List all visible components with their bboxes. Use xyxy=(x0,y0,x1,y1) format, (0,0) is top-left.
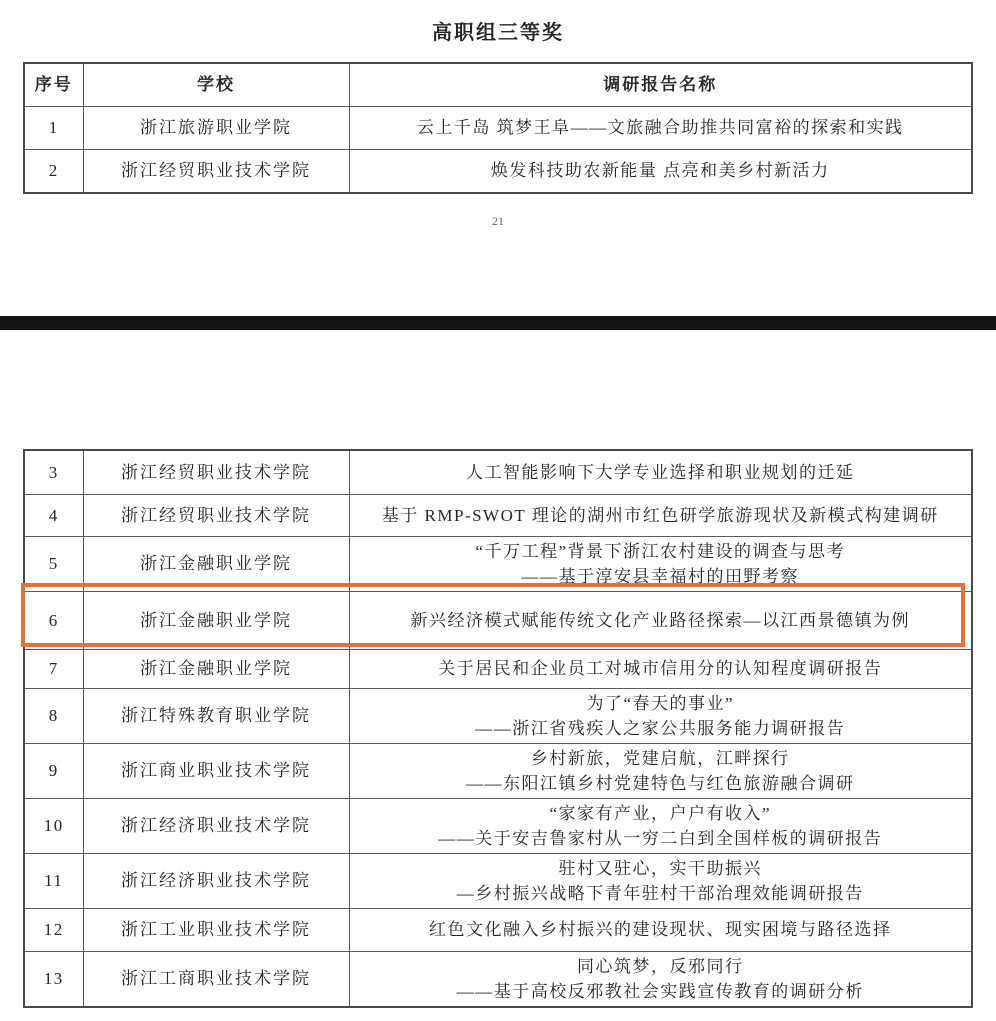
section-title: 高职组三等奖 xyxy=(0,16,996,45)
report-line: 人工智能影响下大学专业选择和职业规划的迁延 xyxy=(354,460,968,485)
col-header-report: 调研报告名称 xyxy=(349,63,972,106)
table-row: 10浙江经济职业技术学院“家家有产业，户户有收入”——关于安吉鲁家村从一穷二白到… xyxy=(24,798,972,853)
row-index-cell: 8 xyxy=(24,688,83,743)
table-row: 13浙江工商职业技术学院同心筑梦，反邪同行——基于高校反邪教社会实践宣传教育的调… xyxy=(24,951,972,1007)
report-line: 为了“春天的事业” xyxy=(354,691,968,716)
school-cell: 浙江金融职业学院 xyxy=(83,649,349,688)
report-cell: “千万工程”背景下浙江农村建设的调查与思考——基于淳安县幸福村的田野考察 xyxy=(349,536,972,591)
school-cell: 浙江经济职业技术学院 xyxy=(83,798,349,853)
report-line: 新兴经济模式赋能传统文化产业路径探索—以江西景德镇为例 xyxy=(354,608,968,633)
report-line: 基于 RMP-SWOT 理论的湖州市红色研学旅游现状及新模式构建调研 xyxy=(354,503,968,528)
table-row: 4浙江经贸职业技术学院基于 RMP-SWOT 理论的湖州市红色研学旅游现状及新模… xyxy=(24,494,972,536)
row-index-cell: 11 xyxy=(24,853,83,908)
row-index-cell: 4 xyxy=(24,494,83,536)
school-cell: 浙江经贸职业技术学院 xyxy=(83,450,349,494)
report-line: “家家有产业，户户有收入” xyxy=(354,801,968,826)
pdf-viewer: 高职组三等奖 序号 学校 调研报告名称 1浙江旅游职业学院云上千岛 筑梦王阜——… xyxy=(0,0,996,1021)
report-cell: 基于 RMP-SWOT 理论的湖州市红色研学旅游现状及新模式构建调研 xyxy=(349,494,972,536)
row-index-cell: 1 xyxy=(24,106,83,149)
table-row: 2浙江经贸职业技术学院焕发科技助农新能量 点亮和美乡村新活力 xyxy=(24,149,972,193)
document-page-2: 3浙江经贸职业技术学院人工智能影响下大学专业选择和职业规划的迁延4浙江经贸职业技… xyxy=(0,330,996,1021)
page-number: 21 xyxy=(0,214,996,229)
report-line: 关于居民和企业员工对城市信用分的认知程度调研报告 xyxy=(354,656,968,681)
row-index-cell: 3 xyxy=(24,450,83,494)
row-index-cell: 2 xyxy=(24,149,83,193)
school-cell: 浙江工商职业技术学院 xyxy=(83,951,349,1007)
school-cell: 浙江旅游职业学院 xyxy=(83,106,349,149)
report-cell: 同心筑梦，反邪同行——基于高校反邪教社会实践宣传教育的调研分析 xyxy=(349,951,972,1007)
page-separator-bar xyxy=(0,316,996,330)
report-cell: 人工智能影响下大学专业选择和职业规划的迁延 xyxy=(349,450,972,494)
award-table-page2: 3浙江经贸职业技术学院人工智能影响下大学专业选择和职业规划的迁延4浙江经贸职业技… xyxy=(23,449,973,1008)
table-row: 9浙江商业职业技术学院乡村新旅，党建启航，江畔探行——东阳江镇乡村党建特色与红色… xyxy=(24,743,972,798)
table-row: 12浙江工业职业技术学院红色文化融入乡村振兴的建设现状、现实困境与路径选择 xyxy=(24,908,972,951)
table-row: 7浙江金融职业学院关于居民和企业员工对城市信用分的认知程度调研报告 xyxy=(24,649,972,688)
report-line: “千万工程”背景下浙江农村建设的调查与思考 xyxy=(354,539,968,564)
table-row: 1浙江旅游职业学院云上千岛 筑梦王阜——文旅融合助推共同富裕的探索和实践 xyxy=(24,106,972,149)
row-index-cell: 7 xyxy=(24,649,83,688)
school-cell: 浙江特殊教育职业学院 xyxy=(83,688,349,743)
school-cell: 浙江商业职业技术学院 xyxy=(83,743,349,798)
report-cell: 关于居民和企业员工对城市信用分的认知程度调研报告 xyxy=(349,649,972,688)
col-header-school: 学校 xyxy=(83,63,349,106)
report-cell: 云上千岛 筑梦王阜——文旅融合助推共同富裕的探索和实践 xyxy=(349,106,972,149)
school-cell: 浙江经济职业技术学院 xyxy=(83,853,349,908)
table-row: 5浙江金融职业学院“千万工程”背景下浙江农村建设的调查与思考——基于淳安县幸福村… xyxy=(24,536,972,591)
row-index-cell: 9 xyxy=(24,743,83,798)
row-index-cell: 12 xyxy=(24,908,83,951)
report-cell: 为了“春天的事业”——浙江省残疾人之家公共服务能力调研报告 xyxy=(349,688,972,743)
report-line: ——基于高校反邪教社会实践宣传教育的调研分析 xyxy=(354,979,968,1004)
report-line: 焕发科技助农新能量 点亮和美乡村新活力 xyxy=(354,158,968,183)
report-line: ——关于安吉鲁家村从一穷二白到全国样板的调研报告 xyxy=(354,826,968,851)
school-cell: 浙江经贸职业技术学院 xyxy=(83,494,349,536)
report-line: 同心筑梦，反邪同行 xyxy=(354,954,968,979)
table-row: 11浙江经济职业技术学院驻村又驻心，实干助振兴—乡村振兴战略下青年驻村干部治理效… xyxy=(24,853,972,908)
report-line: —乡村振兴战略下青年驻村干部治理效能调研报告 xyxy=(354,881,968,906)
report-cell: 焕发科技助农新能量 点亮和美乡村新活力 xyxy=(349,149,972,193)
table-row: 3浙江经贸职业技术学院人工智能影响下大学专业选择和职业规划的迁延 xyxy=(24,450,972,494)
report-cell: 红色文化融入乡村振兴的建设现状、现实困境与路径选择 xyxy=(349,908,972,951)
report-cell: “家家有产业，户户有收入”——关于安吉鲁家村从一穷二白到全国样板的调研报告 xyxy=(349,798,972,853)
report-line: 红色文化融入乡村振兴的建设现状、现实困境与路径选择 xyxy=(354,917,968,942)
col-header-index: 序号 xyxy=(24,63,83,106)
report-line: 驻村又驻心，实干助振兴 xyxy=(354,856,968,881)
report-cell: 乡村新旅，党建启航，江畔探行——东阳江镇乡村党建特色与红色旅游融合调研 xyxy=(349,743,972,798)
document-page-1: 高职组三等奖 序号 学校 调研报告名称 1浙江旅游职业学院云上千岛 筑梦王阜——… xyxy=(0,0,996,316)
school-cell: 浙江经贸职业技术学院 xyxy=(83,149,349,193)
row-index-cell: 10 xyxy=(24,798,83,853)
table-row: 6浙江金融职业学院新兴经济模式赋能传统文化产业路径探索—以江西景德镇为例 xyxy=(24,591,972,649)
table-row: 8浙江特殊教育职业学院为了“春天的事业”——浙江省残疾人之家公共服务能力调研报告 xyxy=(24,688,972,743)
report-line: 云上千岛 筑梦王阜——文旅融合助推共同富裕的探索和实践 xyxy=(354,115,968,140)
report-cell: 驻村又驻心，实干助振兴—乡村振兴战略下青年驻村干部治理效能调研报告 xyxy=(349,853,972,908)
table-header-row: 序号 学校 调研报告名称 xyxy=(24,63,972,106)
row-index-cell: 6 xyxy=(24,591,83,649)
row-index-cell: 5 xyxy=(24,536,83,591)
award-table-page1: 序号 学校 调研报告名称 1浙江旅游职业学院云上千岛 筑梦王阜——文旅融合助推共… xyxy=(23,62,973,194)
row-index-cell: 13 xyxy=(24,951,83,1007)
report-line: ——浙江省残疾人之家公共服务能力调研报告 xyxy=(354,716,968,741)
school-cell: 浙江金融职业学院 xyxy=(83,536,349,591)
report-line: ——东阳江镇乡村党建特色与红色旅游融合调研 xyxy=(354,771,968,796)
school-cell: 浙江金融职业学院 xyxy=(83,591,349,649)
report-line: ——基于淳安县幸福村的田野考察 xyxy=(354,564,968,589)
school-cell: 浙江工业职业技术学院 xyxy=(83,908,349,951)
report-cell: 新兴经济模式赋能传统文化产业路径探索—以江西景德镇为例 xyxy=(349,591,972,649)
report-line: 乡村新旅，党建启航，江畔探行 xyxy=(354,746,968,771)
